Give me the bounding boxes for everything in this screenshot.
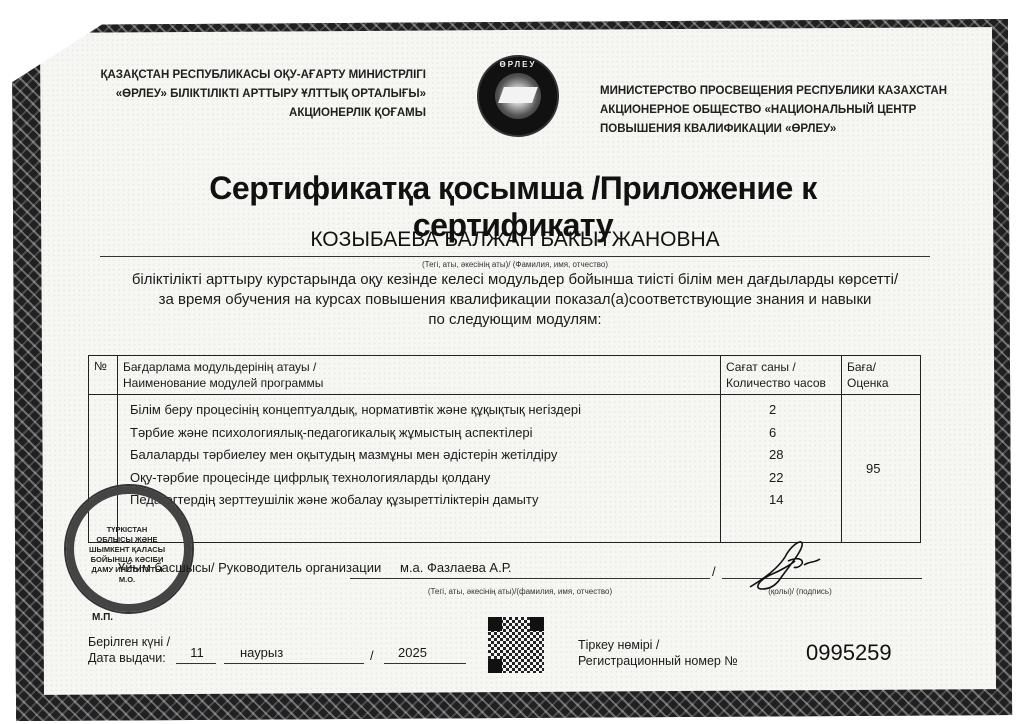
registration-label: Тіркеу нөмірі / Регистрационный номер № xyxy=(578,637,738,669)
header-ru-line-1: МИНИСТЕРСТВО ПРОСВЕЩЕНИЯ РЕСПУБЛИКИ КАЗА… xyxy=(600,82,980,101)
header-russian: МИНИСТЕРСТВО ПРОСВЕЩЕНИЯ РЕСПУБЛИКИ КАЗА… xyxy=(600,82,980,139)
header-kz-line-2: «ӨРЛЕУ» БІЛІКТІЛІКТІ АРТТЫРУ ҰЛТТЫҚ ОРТА… xyxy=(96,85,426,104)
date-slash: / xyxy=(370,648,374,663)
header-ru-line-2: АКЦИОНЕРНОЕ ОБЩЕСТВО «НАЦИОНАЛЬНЫЙ ЦЕНТР xyxy=(600,101,980,120)
module-names-cell: Білім беру процесінің концептуалдық, нор… xyxy=(118,395,721,543)
issue-month-line xyxy=(224,663,364,664)
module-hours: 6 xyxy=(769,422,836,445)
stamp-place-label: М.П. xyxy=(92,612,113,623)
module-name: Тәрбие және психологиялық-педагогикалық … xyxy=(130,422,715,445)
module-hours: 14 xyxy=(769,489,836,512)
col-header-number: № xyxy=(89,356,118,395)
col-header-hours: Сағат саны / Количество часов xyxy=(721,356,842,395)
module-name: Балаларды тәрбиелеу мен оқытудың мазмұны… xyxy=(130,444,715,467)
signatory-name: м.а. Фазлаева А.Р. xyxy=(400,560,512,575)
open-book-icon xyxy=(498,87,538,103)
intro-line-ru-2: по следующим модулям: xyxy=(100,310,930,330)
module-hours: 28 xyxy=(769,444,836,467)
col-header-grade: Баға/ Оценка xyxy=(842,356,921,395)
intro-line-ru: за время обучения на курсах повышения кв… xyxy=(100,290,930,310)
table-header-row: № Бағдарлама модульдерінің атауы / Наиме… xyxy=(89,356,921,395)
intro-line-kz: біліктілікті арттыру курстарында оқу кез… xyxy=(100,270,930,290)
issue-day-line xyxy=(176,663,216,664)
module-name: Білім беру процесінің концептуалдық, нор… xyxy=(130,399,715,422)
stamp-mo: М.О. xyxy=(64,575,190,585)
registration-number: 0995259 xyxy=(806,640,892,666)
handwritten-signature-icon xyxy=(740,535,850,595)
orleu-logo-icon: ӨРЛЕУ xyxy=(477,55,559,137)
header-ru-line-3: ПОВЫШЕНИЯ КВАЛИФИКАЦИИ «ӨРЛЕУ» xyxy=(600,120,980,139)
issue-day: 11 xyxy=(178,645,216,660)
stamp-line: ТҮРКІСТАН xyxy=(64,525,190,535)
slash-separator: / xyxy=(712,564,716,579)
issue-year: 2025 xyxy=(398,645,427,660)
stamp-line: ОБЛЫСЫ ЖӘНЕ xyxy=(64,535,190,545)
issue-month: наурыз xyxy=(240,645,283,660)
module-hours: 22 xyxy=(769,467,836,490)
issue-date-label: Берілген күні / Дата выдачи: xyxy=(88,634,170,666)
module-name: Оқу-тәрбие процесінде цифрлық технология… xyxy=(130,467,715,490)
module-hours: 2 xyxy=(769,399,836,422)
recipient-name-caption: (Тегі, аты, әкесінің аты)/ (Фамилия, имя… xyxy=(100,260,930,269)
header-kz-line-3: АКЦИОНЕРЛІК ҚОҒАМЫ xyxy=(96,104,426,123)
signatory-name-caption: (Тегі, аты, әкесінің аты)/(фамилия, имя,… xyxy=(370,587,670,596)
header-kazakh: ҚАЗАҚСТАН РЕСПУБЛИКАСЫ ОҚУ-АҒАРТУ МИНИСТ… xyxy=(96,66,426,123)
module-hours-cell: 2 6 28 22 14 xyxy=(721,395,842,543)
signatory-label: Ұйым басшысы/ Руководитель организации xyxy=(118,560,381,575)
name-underline xyxy=(100,256,930,257)
logo-text: ӨРЛЕУ xyxy=(479,60,557,69)
table-row: Білім беру процесінің концептуалдық, нор… xyxy=(89,395,921,543)
signature-caption: (қолы)/ (подпись) xyxy=(760,587,840,596)
modules-table: № Бағдарлама модульдерінің атауы / Наиме… xyxy=(88,355,921,543)
col-header-module-name: Бағдарлама модульдерінің атауы / Наимено… xyxy=(118,356,721,395)
stamp-line: ШЫМКЕНТ ҚАЛАСЫ xyxy=(64,545,190,555)
signatory-line xyxy=(350,578,710,579)
recipient-name: КОЗЫБАЕВА БАЛЖАН БАКЫТЖАНОВНА xyxy=(100,228,930,252)
issue-year-line xyxy=(384,663,466,664)
qr-code-icon xyxy=(488,617,544,673)
grade-cell: 95 xyxy=(842,395,921,543)
stamp-text: ТҮРКІСТАН ОБЛЫСЫ ЖӘНЕ ШЫМКЕНТ ҚАЛАСЫ БОЙ… xyxy=(64,525,190,585)
header-kz-line-1: ҚАЗАҚСТАН РЕСПУБЛИКАСЫ ОҚУ-АҒАРТУ МИНИСТ… xyxy=(96,66,426,85)
intro-text: біліктілікті арттыру курстарында оқу кез… xyxy=(100,270,930,330)
module-name: Педагогтердің зерттеушілік және жобалау … xyxy=(130,489,715,512)
